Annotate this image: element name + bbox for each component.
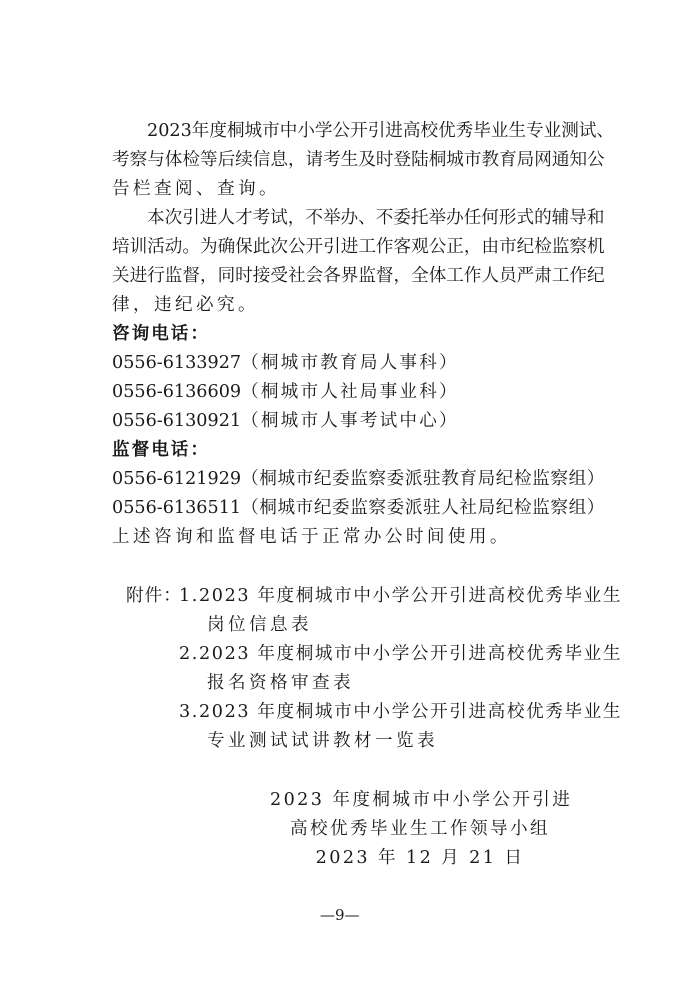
attachment-3-subtitle: 专业测试试讲教材一览表 <box>207 730 438 752</box>
attachments-label: 附件： <box>126 585 182 607</box>
supervise-note: 上述咨询和监督电话于正常办公时间使用。 <box>112 526 511 548</box>
paragraph-2-line-2: 培训活动。为确保此次公开引进工作客观公正，由市纪检监察机 <box>112 236 604 258</box>
consult-phone: 0556-6133927 <box>112 353 241 373</box>
paragraph-2-line-4: 律，违纪必究。 <box>112 294 259 316</box>
attachment-3-title: 3.2023 年度桐城市中小学公开引进高校优秀毕业生 <box>179 701 622 723</box>
supervise-dept: （桐城市纪委监察委派驻人社局纪检监察组） <box>241 498 605 518</box>
supervise-entry: 0556-6121929（桐城市纪委监察委派驻教育局纪检监察组） <box>112 468 605 490</box>
attachment-2-subtitle: 报名资格审查表 <box>207 672 354 694</box>
supervise-dept: （桐城市纪委监察委派驻教育局纪检监察组） <box>241 469 605 489</box>
paragraph-2-line-1: 本次引进人才考试，不举办、不委托举办任何形式的辅导和 <box>147 207 604 229</box>
consult-entry: 0556-6133927（桐城市教育局人事科） <box>112 352 459 374</box>
signature-date: 2023 年 12 月 21 日 <box>270 847 570 869</box>
consult-entry: 0556-6136609（桐城市人社局事业科） <box>112 381 459 403</box>
consult-entry: 0556-6130921（桐城市人事考试中心） <box>112 410 459 432</box>
attachment-1-subtitle: 岗位信息表 <box>207 614 312 636</box>
consult-heading: 咨询电话： <box>112 323 210 345</box>
consult-dept: （桐城市人社局事业科） <box>241 382 459 402</box>
paragraph-2-line-3: 关进行监督，同时接受社会各界监督，全体工作人员严肃工作纪 <box>112 265 604 287</box>
consult-dept: （桐城市人事考试中心） <box>241 411 459 431</box>
signature-org-line-1: 2023 年度桐城市中小学公开引进 <box>270 789 570 811</box>
consult-phone: 0556-6130921 <box>112 411 241 431</box>
paragraph-1-line-2: 考察与体检等后续信息，请考生及时登陆桐城市教育局网通知公 <box>112 149 604 171</box>
page-number: —9— <box>320 906 360 924</box>
consult-phone: 0556-6136609 <box>112 382 241 402</box>
document-page: 2023年度桐城市中小学公开引进高校优秀毕业生专业测试、 考察与体检等后续信息，… <box>0 0 699 990</box>
supervise-entry: 0556-6136511（桐城市纪委监察委派驻人社局纪检监察组） <box>112 497 605 519</box>
supervise-phone: 0556-6121929 <box>112 469 241 489</box>
attachment-2-title: 2.2023 年度桐城市中小学公开引进高校优秀毕业生 <box>179 643 622 665</box>
supervise-heading: 监督电话： <box>112 439 210 461</box>
consult-dept: （桐城市教育局人事科） <box>241 353 459 373</box>
paragraph-1-line-3: 告栏查阅、查询。 <box>112 178 280 200</box>
supervise-phone: 0556-6136511 <box>112 498 241 518</box>
signature-org-line-2: 高校优秀毕业生工作领导小组 <box>270 818 570 840</box>
paragraph-1-line-1: 2023年度桐城市中小学公开引进高校优秀毕业生专业测试、 <box>147 120 604 142</box>
attachment-1-title: 1.2023 年度桐城市中小学公开引进高校优秀毕业生 <box>179 585 622 607</box>
